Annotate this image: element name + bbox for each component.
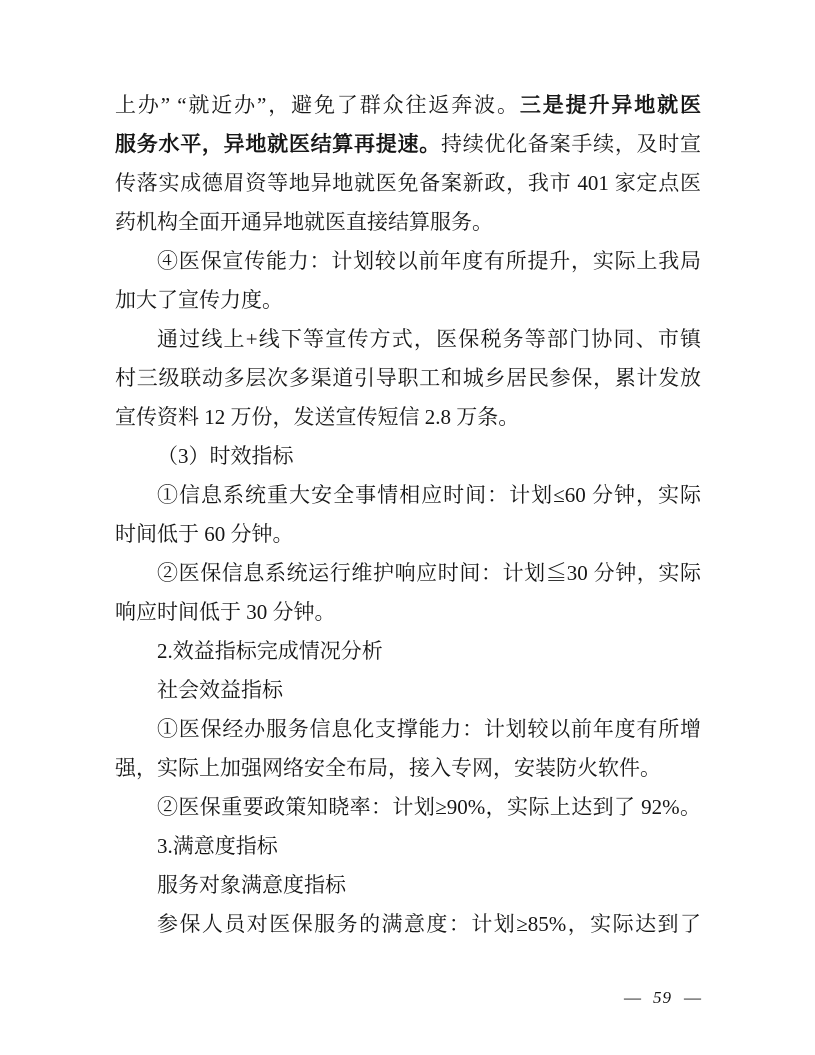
text-segment: ①医保经办服务信息化支撑能力：计划较以前年度有所增 (157, 717, 701, 741)
text-segment: 持续优化备案手续，及时宣 (441, 132, 701, 156)
text-line: 服务水平，异地就医结算再提速。持续优化备案手续，及时宣 (115, 125, 701, 164)
text-line: 强，实际上加强网络安全布局，接入专网，安装防火软件。 (115, 749, 701, 788)
text-line: 3.满意度指标 (115, 827, 701, 866)
text-line: 传落实成德眉资等地异地就医免备案新政，我市 401 家定点医 (115, 164, 701, 203)
text-line: 上办” “就近办”，避免了群众往返奔波。三是提升异地就医 (115, 86, 701, 125)
text-line: 药机构全面开通异地就医直接结算服务。 (115, 203, 701, 242)
text-segment: 服务对象满意度指标 (157, 873, 346, 897)
footer-left-dash: — (624, 988, 641, 1007)
text-line: 通过线上+线下等宣传方式，医保税务等部门协同、市镇 (115, 320, 701, 359)
text-segment: ④医保宣传能力：计划较以前年度有所提升，实际上我局 (157, 249, 701, 273)
text-segment: ②医保信息系统运行维护响应时间：计划≦30 分钟，实际 (157, 561, 701, 585)
text-segment: 社会效益指标 (157, 678, 283, 702)
text-segment: 加大了宣传力度。 (115, 288, 283, 312)
text-segment: 参保人员对医保服务的满意度：计划≥85%，实际达到了 (157, 912, 701, 936)
text-line: 社会效益指标 (115, 671, 701, 710)
text-segment: 通过线上+线下等宣传方式，医保税务等部门协同、市镇 (157, 327, 701, 351)
text-line: ①信息系统重大安全事情相应时间：计划≤60 分钟，实际 (115, 476, 701, 515)
text-segment: 2.效益指标完成情况分析 (157, 639, 383, 663)
text-segment: 药机构全面开通异地就医直接结算服务。 (115, 210, 493, 234)
text-segment: 传落实成德眉资等地异地就医免备案新政，我市 401 家定点医 (115, 171, 701, 195)
text-segment: 村三级联动多层次多渠道引导职工和城乡居民参保，累计发放 (115, 366, 701, 390)
document-body: 上办” “就近办”，避免了群众往返奔波。三是提升异地就医服务水平，异地就医结算再… (115, 86, 701, 944)
text-segment: 响应时间低于 30 分钟。 (115, 600, 336, 624)
page-footer: —59— (115, 988, 701, 1008)
text-segment: 时间低于 60 分钟。 (115, 522, 294, 546)
text-line: 服务对象满意度指标 (115, 866, 701, 905)
bold-text-segment: 服务水平，异地就医结算再提速。 (115, 132, 441, 156)
text-line: ④医保宣传能力：计划较以前年度有所提升，实际上我局 (115, 242, 701, 281)
text-line: （3）时效指标 (115, 437, 701, 476)
text-line: 时间低于 60 分钟。 (115, 515, 701, 554)
text-line: 参保人员对医保服务的满意度：计划≥85%，实际达到了 (115, 905, 701, 944)
text-segment: ①信息系统重大安全事情相应时间：计划≤60 分钟，实际 (157, 483, 701, 507)
text-segment: （3）时效指标 (157, 444, 294, 468)
text-segment: 3.满意度指标 (157, 834, 278, 858)
text-line: ②医保信息系统运行维护响应时间：计划≦30 分钟，实际 (115, 554, 701, 593)
text-segment: 上办” “就近办”，避免了群众往返奔波。 (115, 93, 520, 117)
text-line: 加大了宣传力度。 (115, 281, 701, 320)
text-line: 响应时间低于 30 分钟。 (115, 593, 701, 632)
text-line: 宣传资料 12 万份，发送宣传短信 2.8 万条。 (115, 398, 701, 437)
text-segment: 宣传资料 12 万份，发送宣传短信 2.8 万条。 (115, 405, 519, 429)
text-line: ②医保重要政策知晓率：计划≥90%，实际上达到了 92%。 (115, 788, 701, 827)
text-segment: 强，实际上加强网络安全布局，接入专网，安装防火软件。 (115, 756, 661, 780)
bold-text-segment: 三是提升异地就医 (520, 93, 701, 117)
footer-right-dash: — (684, 988, 701, 1007)
text-line: 村三级联动多层次多渠道引导职工和城乡居民参保，累计发放 (115, 359, 701, 398)
text-line: 2.效益指标完成情况分析 (115, 632, 701, 671)
page-number: 59 (653, 988, 672, 1007)
text-segment: ②医保重要政策知晓率：计划≥90%，实际上达到了 92%。 (157, 795, 701, 819)
text-line: ①医保经办服务信息化支撑能力：计划较以前年度有所增 (115, 710, 701, 749)
